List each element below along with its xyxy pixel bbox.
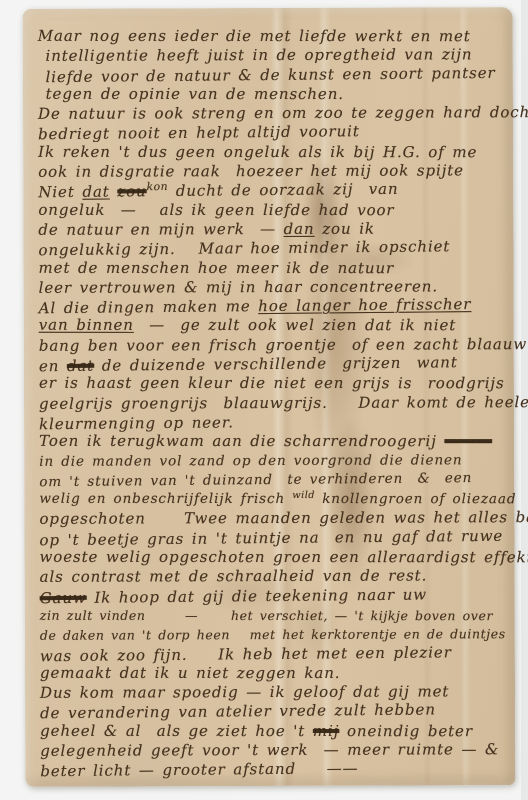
letter-line: van binnen — ge zult ook wel zien dat ik… — [39, 316, 504, 336]
underlined-words: hoe langer hoe frisscher — [258, 295, 471, 315]
letter-line: Niet dat zoukon ducht de oorzaak zij van — [38, 179, 503, 203]
letter-line: ongeluk — als ik geen liefde had voor — [38, 200, 503, 220]
letter-line: om 't stuiven van 't duinzand te verhind… — [39, 469, 504, 493]
letter-paper: Maar nog eens ieder die met liefde werkt… — [23, 7, 516, 787]
letter-line: was ook zoo fijn. Ik heb het met een ple… — [40, 642, 505, 666]
letter-lines: Maar nog eens ieder die met liefde werkt… — [23, 7, 516, 780]
scratched-out-word: ——— — [444, 432, 492, 450]
letter-line: intelligentie heeft juist in de opregthe… — [38, 45, 503, 66]
letter-line: op 't beetje gras in 't tuintje na en nu… — [39, 526, 504, 550]
letter-line: woeste welig opgeschoten groen een aller… — [40, 548, 505, 568]
letter-line: tegen de opinie van de menschen. — [38, 85, 503, 105]
letter-line: opgeschoten Twee maanden geleden was het… — [39, 509, 504, 530]
letter-line: gemaakt dat ik u niet zeggen kan. — [40, 664, 505, 684]
letter-line: met de menschen hoe meer ik de natuur — [39, 258, 504, 278]
scratched-out-word: dat — [67, 357, 94, 375]
letter-line: ongelukkig zijn. Maar hoe minder ik opsc… — [38, 237, 503, 261]
letter-line: Ik reken 't dus geen ongeluk als ik bij … — [38, 143, 503, 163]
letter-line: liefde voor de natuur & de kunst een soo… — [38, 63, 503, 87]
inserted-word: kon — [147, 180, 169, 193]
scratched-out-word: Gauw — [40, 588, 87, 606]
letter-line: als contrast met de schraalheid van de r… — [40, 566, 505, 587]
letter-line: de daken van 't dorp heen met het kerkto… — [40, 624, 505, 645]
underlined-words: dan — [284, 220, 315, 238]
letter-line: de verandering van atelier vrede zult he… — [40, 700, 505, 724]
scratched-out-word: zou — [117, 183, 146, 201]
letter-line: geheel & al als ge ziet hoe 't mij onein… — [40, 721, 505, 741]
letter-line: bedriegt nooit en helpt altijd vooruit — [38, 121, 503, 145]
letter-line: zin zult vinden — het verschiet, — 't ki… — [40, 606, 505, 626]
underlined-words: van binnen — [39, 316, 134, 334]
underlined-words: dat — [82, 183, 109, 201]
letter-line: Maar nog eens ieder die met liefde werkt… — [38, 27, 503, 47]
letter-line: er is haast geen kleur die niet een grij… — [39, 374, 504, 394]
scratched-out-word: mij — [313, 722, 339, 740]
inserted-word: wild — [292, 490, 315, 501]
letter-line: welig en onbeschrijfelijk frisch wild kn… — [39, 490, 504, 510]
letter-line: beter licht — grooter afstand —— — [40, 758, 505, 782]
letter-line: Toen ik terugkwam aan die scharrendrooge… — [39, 432, 504, 452]
letter-line: Gauw Ik hoop dat gij die teekening naar … — [40, 584, 505, 608]
